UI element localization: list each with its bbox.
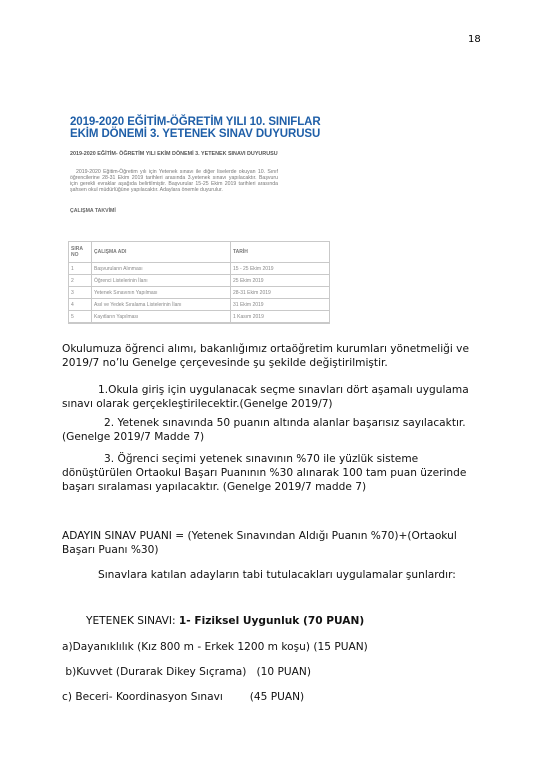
cell-no: 1 xyxy=(69,263,92,275)
table-row: 3 Yetenek Sınavının Yapılması 28-31 Ekim… xyxy=(69,287,330,299)
rule-item-3: 3. Öğrenci seçimi yetenek sınavının %70 … xyxy=(62,452,482,494)
sub-item-c: c) Beceri- Koordinasyon Sınavı (45 PUAN) xyxy=(62,690,482,704)
table-row: 4 Asıl ve Yedek Sıralama Listelerinin İl… xyxy=(69,299,330,311)
table-row: 2 Öğrenci Listelerinin İlanı 25 Ekim 201… xyxy=(69,275,330,287)
header-tarih: TARİH xyxy=(231,242,330,263)
applications-intro: Sınavlara katılan adayların tabi tutulac… xyxy=(62,568,482,582)
cell-no: 4 xyxy=(69,299,92,311)
exam-title: 1- Fiziksel Uygunluk (70 PUAN) xyxy=(179,615,364,627)
intro-paragraph: Okulumuza öğrenci alımı, bakanlığımız or… xyxy=(62,342,482,370)
cell-no: 2 xyxy=(69,275,92,287)
table-row: 5 Kayıtların Yapılması 1 Kasım 2019 xyxy=(69,311,330,324)
cell-name: Kayıtların Yapılması xyxy=(92,311,231,324)
schedule-table: SIRA NO ÇALIŞMA ADI TARİH 1 Başvuruların… xyxy=(68,241,330,324)
cell-name: Yetenek Sınavının Yapılması xyxy=(92,287,231,299)
exam-label: YETENEK SINAVI: xyxy=(86,615,176,627)
announcement-title: 2019-2020 EĞİTİM-ÖĞRETİM YILI 10. SINIFL… xyxy=(70,116,332,140)
cell-name: Asıl ve Yedek Sıralama Listelerinin İlan… xyxy=(92,299,231,311)
sub-item-a: a)Dayanıklılık (Kız 800 m - Erkek 1200 m… xyxy=(62,640,482,654)
table-row: 1 Başvuruların Alınması 15 - 25 Ekim 201… xyxy=(69,263,330,275)
sub-item-b: b)Kuvvet (Durarak Dikey Sıçrama) (10 PUA… xyxy=(62,665,482,679)
cell-date: 15 - 25 Ekim 2019 xyxy=(231,263,330,275)
cell-date: 1 Kasım 2019 xyxy=(231,311,330,324)
cell-name: Başvuruların Alınması xyxy=(92,263,231,275)
cell-date: 28-31 Ekim 2019 xyxy=(231,287,330,299)
embedded-announcement-image: 2019-2020 EĞİTİM-ÖĞRETİM YILI 10. SINIFL… xyxy=(68,112,333,330)
rule-item-1: 1.Okula giriş için uygulanacak seçme sın… xyxy=(62,383,482,411)
announcement-body: 2019-2020 Eğitim-Öğretim yılı için Yeten… xyxy=(70,169,278,193)
header-sira-no: SIRA NO xyxy=(69,242,92,263)
cell-name: Öğrenci Listelerinin İlanı xyxy=(92,275,231,287)
rule-item-2: 2. Yetenek sınavında 50 puanın altında a… xyxy=(62,416,482,444)
announcement-subtitle: 2019-2020 EĞİTİM- ÖĞRETİM YILI EKİM DÖNE… xyxy=(70,150,310,159)
table-header-row: SIRA NO ÇALIŞMA ADI TARİH xyxy=(69,242,330,263)
cell-date: 25 Ekim 2019 xyxy=(231,275,330,287)
cell-date: 31 Ekim 2019 xyxy=(231,299,330,311)
cell-no: 5 xyxy=(69,311,92,324)
page-number: 18 xyxy=(468,34,481,45)
schedule-label: ÇALIŞMA TAKVİMİ xyxy=(70,208,116,214)
score-formula: ADAYIN SINAV PUANI = (Yetenek Sınavından… xyxy=(62,529,482,557)
header-calisma-adi: ÇALIŞMA ADI xyxy=(92,242,231,263)
exam-heading: YETENEK SINAVI: 1- Fiziksel Uygunluk (70… xyxy=(86,614,506,628)
cell-no: 3 xyxy=(69,287,92,299)
